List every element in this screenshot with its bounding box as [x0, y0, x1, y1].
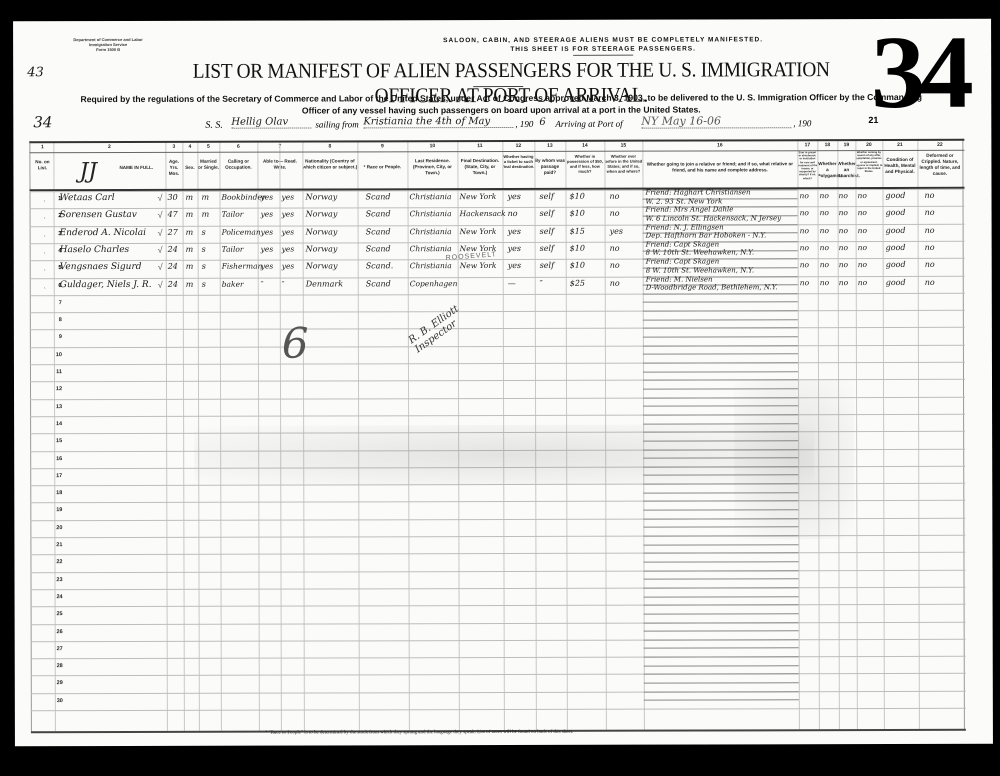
corner-note: 43: [27, 65, 44, 80]
cell-name: Sorensen Gustav: [60, 210, 137, 220]
row-number: 13: [48, 404, 62, 410]
col-num-4: 4: [182, 144, 197, 150]
cell-before-in-us: no: [610, 192, 620, 201]
cell-race: Scand: [366, 279, 391, 288]
col-head-polygamist: Whether a Polygamist.: [817, 161, 837, 179]
pencil-mark-six: 6: [282, 319, 309, 368]
cell-contract-labor: no: [858, 226, 867, 235]
cell-occupation: Fisherman: [222, 262, 263, 271]
table-row: 6Guldager, Niels J. R.24msbaker″″Denmark…: [30, 275, 980, 294]
cell-ticket: yes: [508, 261, 521, 270]
manifest-sheet: Department of Commerce and Labor Immigra…: [13, 19, 993, 747]
cell-read: ″: [261, 279, 264, 288]
cell-final-destination: Hackensack: [460, 209, 506, 218]
cell-anarchist: no: [839, 208, 848, 217]
cell-join-1: Friend: N. J. Ellingsen: [646, 223, 724, 231]
cell-anarchist: no: [839, 226, 848, 235]
address-rule: [644, 613, 799, 614]
cell-join-2: W. 6 Lincoln St. Hackensack, N Jersey: [646, 214, 781, 222]
cell-ticket: yes: [508, 244, 521, 253]
address-rule: [644, 578, 799, 579]
title-rule: [473, 86, 523, 87]
cell-married: m: [202, 210, 210, 219]
cell-join-1: Friend: Capt Skagen: [646, 258, 720, 266]
cell-money: $10: [570, 209, 585, 218]
row-number: 8: [48, 317, 62, 323]
cell-nationality: Norway: [306, 192, 338, 201]
address-rule: [644, 656, 799, 657]
address-rule: [643, 310, 798, 311]
cell-sex: m: [186, 245, 194, 254]
cell-health: good: [886, 208, 906, 217]
cell-last-residence: Christiania: [410, 192, 452, 201]
cell-last-residence: Christiania: [410, 209, 452, 218]
row-rule: [30, 310, 965, 313]
cell-married: s: [202, 262, 206, 271]
cell-age: 24: [168, 262, 178, 271]
col-head-passage-paid: By whom was passage paid?: [534, 158, 565, 176]
cell-before-in-us: no: [610, 244, 620, 253]
cell-health: good: [885, 191, 905, 200]
table-row: 5Vengsnaes Sigurd24msFishermanyesyesNorw…: [30, 258, 980, 277]
cell-write: ″: [282, 279, 285, 288]
col-head-race: * Race or People.: [357, 164, 407, 170]
address-rule: [643, 354, 798, 355]
row-rule: [31, 587, 966, 590]
col-head-ticket: Whether having a ticket to such final de…: [502, 154, 534, 169]
address-rule: [643, 544, 798, 545]
row-number: 11: [48, 369, 62, 375]
cell-polygamist: no: [820, 226, 829, 235]
row-rule: [31, 621, 966, 624]
class-notice-line2: THIS SHEET IS FOR STEERAGE PASSENGERS.: [343, 44, 863, 54]
row-rule: [31, 673, 966, 676]
col-num-9: 9: [357, 143, 407, 149]
row-number: 17: [48, 473, 62, 479]
row-rule: [31, 604, 966, 607]
cell-paid-by: self: [540, 226, 554, 235]
cell-prison: no: [800, 243, 809, 252]
class-notice: SALOON, CABIN, AND STEERAGE ALIENS MUST …: [343, 35, 863, 56]
arriving-label: Arriving at Port of: [555, 119, 622, 129]
arrival-year-prefix: , 190: [793, 118, 811, 128]
cell-age: 47: [168, 210, 178, 219]
cell-name: Wetaas Carl: [60, 193, 115, 203]
cell-nationality: Norway: [306, 262, 338, 271]
cell-money: $10: [570, 261, 585, 270]
age-check-icon: √: [158, 193, 163, 203]
smudge: [194, 424, 814, 486]
col-num-22: 22: [917, 142, 962, 148]
cell-write: yes: [282, 262, 295, 271]
year-suffix: 6: [539, 117, 545, 128]
address-rule: [644, 604, 799, 605]
col-num-14: 14: [565, 143, 604, 149]
cell-read: yes: [261, 244, 274, 253]
initials-mark: JJ: [79, 159, 97, 184]
check-tick-icon: ˎ: [44, 247, 46, 254]
col-num-6: 6: [219, 144, 257, 150]
row-number: 21: [48, 542, 62, 548]
cell-last-residence: Christiania: [410, 227, 452, 236]
cell-race: Scand.: [366, 261, 394, 270]
form-number: Form 1500 B: [53, 47, 163, 52]
row-number: 12: [48, 386, 62, 392]
row-number: 23: [49, 577, 63, 583]
cell-before-in-us: no: [610, 209, 620, 218]
cell-paid-by: self: [540, 192, 554, 201]
cell-health: good: [886, 277, 906, 286]
col-head-anarchist: Whether an Anarchist.: [837, 161, 855, 179]
row-number: 10: [48, 352, 62, 358]
col-head-final-destination: Final Destination. (State, City, or Town…: [457, 158, 502, 176]
address-rule: [644, 639, 799, 640]
col-num-15: 15: [604, 143, 642, 149]
row-rule: [30, 327, 965, 330]
cell-married: s: [202, 245, 206, 254]
cell-sex: m: [186, 210, 194, 219]
row-number: 19: [48, 508, 62, 514]
cell-deformed: no: [925, 260, 935, 269]
cell-occupation: Bookbinder: [222, 193, 266, 202]
check-tick-icon: ˎ: [44, 230, 46, 237]
address-rule: [644, 682, 799, 683]
cell-read: yes: [261, 227, 274, 236]
cell-ticket: yes: [508, 192, 521, 201]
requirement-line1: Required by the regulations of the Secre…: [71, 91, 931, 105]
check-tick-icon: ˎ: [44, 195, 46, 202]
address-rule: [643, 570, 798, 571]
col-num-2: 2: [53, 144, 165, 150]
cell-name: Haselo Charles: [60, 245, 130, 255]
row-number: 14: [48, 421, 62, 427]
cell-prison: no: [800, 260, 809, 269]
cell-paid-by: self: [540, 209, 554, 218]
cell-name: Guldager, Niels J. R.: [60, 279, 152, 289]
cell-age: 27: [168, 227, 178, 236]
col-head-join-relative: Whether going to join a relative or frie…: [642, 161, 797, 173]
cell-nationality: Norway: [306, 227, 338, 236]
cell-married: m: [202, 193, 210, 202]
address-rule: [643, 561, 798, 562]
address-rule: [644, 622, 799, 623]
cell-join-2: D-Woodbridge Road, Bethlehem, N.Y.: [646, 283, 778, 291]
row-rule: [30, 344, 965, 347]
cell-final-destination: New York: [460, 192, 497, 201]
check-tick-icon: ˎ: [44, 212, 46, 219]
footnote: * "Race or People" is to be determined b…: [265, 730, 573, 736]
cell-health: good: [886, 243, 906, 252]
department-header: Department of Commerce and Labor Immigra…: [53, 37, 163, 52]
col-num-19: 19: [837, 142, 855, 148]
table-row: 2Sorensen Gustav47mmTailoryesyesNorwaySc…: [30, 206, 980, 225]
cell-deformed: no: [924, 191, 934, 200]
cell-last-residence: Copenhagen: [410, 279, 458, 288]
row-rule: [30, 552, 965, 555]
age-check-icon: √: [158, 279, 163, 289]
col-num-5: 5: [197, 144, 219, 150]
cell-prison: no: [800, 191, 809, 200]
table-row: 4Haselo Charles24msTailoryesyesNorwaySca…: [30, 241, 980, 260]
cell-prison: no: [800, 278, 809, 287]
cell-before-in-us: no: [610, 278, 620, 287]
cell-polygamist: no: [820, 260, 829, 269]
address-rule: [643, 553, 798, 554]
col-head-money: Whether in possession of $50, and if les…: [565, 154, 604, 174]
col-head-occupation: Calling or Occupation.: [219, 159, 257, 171]
row-number: 25: [49, 611, 63, 617]
row-number: 16: [48, 456, 62, 462]
row-number: 20: [48, 525, 62, 531]
cell-deformed: no: [925, 277, 935, 286]
cell-contract-labor: no: [858, 191, 867, 200]
address-rule: [643, 328, 798, 329]
cell-age: 30: [168, 193, 178, 202]
row-number: 18: [48, 490, 62, 496]
cell-before-in-us: no: [610, 261, 620, 270]
cell-join-1: Friend: M. Nielsen: [646, 275, 713, 283]
cell-contract-labor: no: [858, 208, 867, 217]
col-head-list-no: No. on List.: [31, 159, 53, 171]
cell-race: Scand: [366, 244, 391, 253]
cell-nationality: Norway: [306, 210, 338, 219]
row-rule: [31, 708, 966, 711]
col-head-sex: Sex.: [182, 165, 197, 171]
cell-paid-by: ″: [540, 278, 543, 287]
cell-last-residence: Christiania: [410, 244, 452, 253]
cell-name: Enderod A. Nicolai: [60, 228, 146, 238]
address-rule: [644, 691, 799, 692]
table-row: 3Enderod A. Nicolai27msPolicemanyesyesNo…: [30, 223, 980, 242]
row-rule: [30, 569, 965, 572]
arrival-port: NY May 16-06: [641, 114, 791, 128]
cell-money: $25: [570, 278, 585, 287]
address-rule: [643, 319, 798, 320]
address-rule: [643, 362, 798, 363]
cell-anarchist: no: [839, 243, 848, 252]
col-num-21: 21: [882, 142, 917, 148]
row-rule: [31, 639, 966, 642]
address-rule: [644, 674, 799, 675]
cell-join-1: Friend: Capt Skagen: [646, 240, 720, 248]
cell-occupation: Tailor: [222, 245, 244, 254]
cell-last-residence: Christiania: [410, 261, 452, 270]
requirement-text: Required by the regulations of the Secre…: [71, 91, 931, 117]
cell-join-1: Friend: Mrs Angel Dahle: [646, 206, 734, 214]
cell-anarchist: no: [839, 278, 848, 287]
cell-anarchist: no: [839, 191, 848, 200]
cell-polygamist: no: [820, 278, 829, 287]
row-number: 26: [49, 629, 63, 635]
cell-final-destination: New York: [460, 261, 497, 270]
cell-before-in-us: yes: [610, 226, 623, 235]
cell-deformed: no: [925, 225, 935, 234]
col-num-13: 13: [534, 143, 565, 149]
row-number: 9: [48, 335, 62, 341]
address-rule: [644, 665, 799, 666]
cell-occupation: Policeman: [222, 227, 261, 236]
smudge-right: [734, 379, 854, 539]
cell-write: yes: [282, 193, 295, 202]
col-head-health: Condition of Health, Mental and Physical…: [882, 157, 917, 175]
cell-final-destination: New York: [460, 227, 497, 236]
row-number: 22: [48, 559, 62, 565]
row-number: 27: [49, 646, 63, 652]
cell-anarchist: no: [839, 260, 848, 269]
col-num-20: 20: [855, 142, 882, 148]
cell-occupation: Tailor: [222, 210, 244, 219]
list-number: 34: [33, 113, 52, 131]
row-number: 28: [49, 663, 63, 669]
cell-race: Scand: [366, 227, 391, 236]
cell-read: yes: [261, 262, 274, 271]
col-num-18: 18: [817, 142, 837, 148]
cell-prison: no: [800, 226, 809, 235]
cell-paid-by: self: [540, 244, 554, 253]
cell-ticket: yes: [508, 227, 521, 236]
cell-polygamist: no: [820, 243, 829, 252]
cell-money: $15: [570, 226, 585, 235]
cell-nationality: Norway: [306, 244, 338, 253]
cell-deformed: no: [925, 243, 935, 252]
row-number: 7: [48, 300, 62, 306]
cell-money: $10: [570, 192, 585, 201]
row-rule: [31, 690, 966, 693]
cell-age: 24: [168, 245, 178, 254]
age-check-icon: √: [158, 245, 163, 255]
col-num-3: 3: [165, 144, 182, 150]
cell-race: Scand: [366, 210, 391, 219]
cell-join-2: 8 W. 10th St. Weehawken, N.Y.: [646, 249, 754, 257]
cell-contract-labor: no: [858, 260, 867, 269]
cell-join-1: Friend: Haghart Christiansen: [645, 188, 750, 196]
row-rule: [31, 656, 966, 659]
col-head-age: Age. Yrs. Mos.: [165, 159, 182, 177]
col-num-12: 12: [502, 143, 534, 149]
cell-sex: m: [186, 227, 194, 236]
col-num-10: 10: [407, 143, 457, 149]
cell-race: Scand: [366, 192, 391, 201]
voyage-line: 34 S. S. Hellig Olav sailing from Kristi…: [33, 115, 963, 133]
cell-sex: m: [186, 193, 194, 202]
cell-ticket: no: [508, 209, 518, 218]
age-check-icon: √: [158, 227, 163, 237]
cell-join-2: 8 W. 10th St. Weehawken, N.Y.: [646, 266, 754, 274]
col-head-before-in-us: Whether ever before in the United States…: [604, 154, 642, 174]
col-num-8: 8: [302, 143, 357, 149]
col-num-11: 11: [457, 143, 502, 149]
col-head-prison: Ever in prison or almshouse, or institut…: [797, 151, 817, 180]
notice-rule: [573, 55, 633, 56]
row-number: 30: [49, 698, 63, 704]
cell-write: yes: [282, 227, 295, 236]
ss-label: S. S.: [205, 120, 223, 131]
age-check-icon: √: [158, 262, 163, 272]
cell-join-2: Dep. Hafthorn Bar Hoboken - N.Y.: [646, 231, 767, 239]
cell-name: Vengsnaes Sigurd: [60, 262, 142, 272]
row-number: 15: [48, 438, 62, 444]
sheet-number: 34: [871, 23, 968, 123]
cell-paid-by: self: [540, 261, 554, 270]
cell-write: yes: [282, 210, 295, 219]
cell-health: good: [886, 260, 906, 269]
col-num-17: 17: [797, 142, 817, 148]
cell-prison: no: [800, 208, 809, 217]
row-number: 29: [49, 681, 63, 687]
table-row: 1Wetaas Carl30mmBookbinderyesyesNorwaySc…: [29, 189, 979, 208]
cell-occupation: baker: [222, 279, 244, 288]
sailing-from-value: Kristiania the 4th of May: [363, 116, 513, 128]
cell-sex: m: [186, 262, 194, 271]
col-num-1: 1: [31, 144, 53, 150]
cell-contract-labor: no: [858, 243, 867, 252]
cell-sex: m: [186, 279, 194, 288]
col-num-16: 16: [642, 142, 797, 148]
cell-age: 24: [168, 279, 178, 288]
cell-money: $10: [570, 244, 585, 253]
row-rule: [30, 362, 965, 365]
check-tick-icon: ˎ: [44, 264, 46, 271]
cell-read: yes: [261, 210, 274, 219]
cell-join-2: W. 2. 93 St. New York: [646, 197, 723, 205]
address-rule: [643, 336, 798, 337]
address-rule: [644, 700, 799, 701]
cell-married: s: [202, 227, 206, 236]
cell-nationality: Denmark: [306, 279, 343, 288]
cell-health: good: [886, 226, 906, 235]
address-rule: [643, 302, 798, 303]
age-check-icon: √: [158, 210, 163, 220]
cell-ticket: —: [508, 278, 516, 287]
col-head-contract-labor: Whether coming by reason of any offer, s…: [855, 151, 882, 173]
cell-polygamist: no: [820, 208, 829, 217]
cell-write: yes: [282, 244, 295, 253]
address-rule: [644, 630, 799, 631]
col-head-last-residence: Last Residence. (Province, City, or Town…: [407, 158, 457, 176]
col-head-nationality: Nationality (Country of which citizen or…: [302, 158, 357, 170]
address-rule: [643, 345, 798, 346]
address-rule: [643, 293, 798, 294]
cell-contract-labor: no: [858, 278, 867, 287]
cell-read: yes: [261, 193, 274, 202]
ship-name: Hellig Olav: [231, 117, 311, 129]
address-rule: [644, 648, 799, 649]
row-number: 24: [49, 594, 63, 600]
header-rule: [29, 150, 964, 153]
address-rule: [644, 596, 799, 597]
cell-married: s: [202, 279, 206, 288]
sailing-from-label: sailing from: [315, 119, 358, 129]
cell-polygamist: no: [820, 191, 829, 200]
col-head-deformed: Deformed or Crippled. Nature, length of …: [917, 153, 962, 177]
address-rule: [644, 587, 799, 588]
year-prefix: , 190: [515, 119, 533, 129]
cell-deformed: no: [925, 208, 935, 217]
address-rule: [643, 371, 798, 372]
col-head-married: Married or Single.: [197, 159, 219, 171]
check-tick-icon: ˎ: [44, 282, 46, 289]
